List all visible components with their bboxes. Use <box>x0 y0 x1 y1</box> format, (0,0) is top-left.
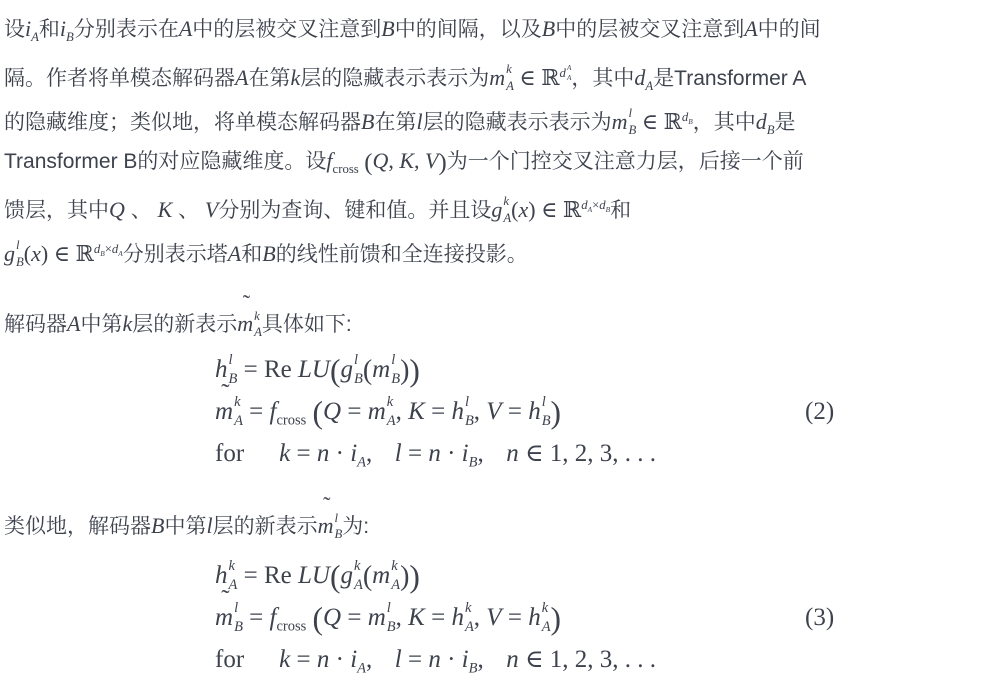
math-var: l <box>334 511 338 525</box>
paren-big: ( <box>313 601 324 636</box>
math-supsub: kA <box>505 61 514 94</box>
math-var: A <box>234 413 243 429</box>
math-roman: = <box>290 440 317 467</box>
math-roman: = <box>237 562 264 589</box>
paren-big: ) <box>409 353 420 388</box>
math-roman: ∈ <box>48 241 75 266</box>
math-sub: A <box>503 210 511 227</box>
math-var: k <box>465 600 471 616</box>
text-run: 具体如下: <box>262 313 352 336</box>
math-var: h <box>451 604 464 631</box>
math-blackboard: ℝ <box>563 198 581 223</box>
math-var: A <box>254 325 262 339</box>
math-var: k <box>234 394 240 410</box>
math-roman: Re <box>264 356 298 383</box>
math-var: A <box>744 16 757 41</box>
math-sup: k <box>391 557 400 576</box>
math-var: h <box>215 356 228 383</box>
math-var: l <box>387 600 391 616</box>
math-roman: = <box>243 398 270 425</box>
math-roman: , <box>388 148 399 173</box>
math-sub: A <box>506 78 514 95</box>
math-var: B <box>381 16 394 41</box>
math-roman: = <box>502 604 529 631</box>
math-var: B <box>387 619 396 635</box>
math-roman: = <box>243 604 270 631</box>
math-roman: , <box>396 604 409 631</box>
math-var: n <box>506 440 519 467</box>
math-var: B <box>262 241 275 266</box>
math-sup: l <box>465 393 474 412</box>
text-run: ，其中 <box>693 111 756 134</box>
math-blackboard: ℝ <box>76 242 94 267</box>
math-sub: cross <box>276 619 306 635</box>
math-roman: · <box>329 440 350 467</box>
paren: ( <box>363 355 372 386</box>
math-supsub: lB <box>353 351 363 389</box>
math-roman: for <box>215 646 244 673</box>
math-roman: , <box>414 148 425 173</box>
math-supsub: lB <box>541 393 551 431</box>
math-supsub: kA <box>464 599 474 637</box>
text-line-1: 设iA和iB分别表示在A中的层被交叉注意到B中的间隔，以及B中的层被交叉注意到A… <box>4 7 994 51</box>
math-roman: , <box>474 604 487 631</box>
equation-3: hkA = Re LU(gkA(mkA)) ˜mlB = fcross (Q =… <box>215 555 994 681</box>
equation-2-number: (2) <box>805 391 834 433</box>
math-sup: dA×dB <box>581 197 610 212</box>
text-line-6: glB(x) ∈ ℝdB×dA分别表示塔A和B的线性前馈和全连接投影。 <box>4 227 994 271</box>
math-var: B <box>16 255 24 269</box>
text-run: 层的隐藏表示表示为 <box>423 111 612 134</box>
math-var: l <box>395 646 402 673</box>
math-var: k <box>503 194 509 208</box>
math-sub: B <box>387 618 396 637</box>
text-run: 解码器 <box>4 313 67 336</box>
math-var: V <box>486 604 501 631</box>
math-var: A <box>465 619 474 635</box>
math-sup: l <box>387 599 396 618</box>
math-roman: ∈ <box>519 646 550 673</box>
math-roman: ∈ <box>536 197 563 222</box>
math-sup: l <box>542 393 551 412</box>
paragraph-eq2-lead: 解码器A中第k层的新表示˜mkA具体如下: <box>4 301 994 347</box>
math-supsub: kA <box>353 557 363 595</box>
math-sub: cross <box>276 413 306 429</box>
math-var: l <box>391 352 395 368</box>
math-var: V <box>205 197 218 222</box>
text-run: 层的隐藏表示表示为 <box>300 67 489 90</box>
math-var: h <box>528 604 541 631</box>
math-supsub: lB <box>627 105 636 138</box>
math-supsub: lB <box>390 351 400 389</box>
math-roman: cross <box>333 162 359 176</box>
math-sup: dB <box>682 109 693 124</box>
math-blackboard: ℝ <box>664 110 682 135</box>
math-var: B <box>767 123 775 137</box>
math-var: i <box>462 646 469 673</box>
paren-big: ( <box>330 559 341 594</box>
math-var: l <box>354 352 358 368</box>
math-sup: l <box>16 237 24 254</box>
math-blackboard: ℝ <box>541 66 559 91</box>
text-run: 的线性前馈和全连接投影。 <box>276 243 528 266</box>
math-var: k <box>542 600 548 616</box>
math-roman: = <box>290 646 317 673</box>
paren-big: ) <box>551 601 562 636</box>
math-sup: k <box>387 393 396 412</box>
text-run: 分别表示塔 <box>123 243 228 266</box>
math-var: g <box>4 241 15 266</box>
math-sub: A <box>391 576 400 595</box>
math-sub: B <box>66 29 74 44</box>
math-var: m <box>489 65 505 90</box>
math-roman: ) <box>528 197 535 222</box>
math-tilde-accent: ˜m <box>215 597 233 639</box>
math-roman: ( <box>511 197 518 222</box>
math-roman: = <box>341 604 368 631</box>
eq2-line-3: fork = n · iA,l = n · iB,n ∈ 1, 2, 3, . … <box>215 433 994 475</box>
math-roman: = <box>425 398 452 425</box>
math-var: h <box>528 398 541 425</box>
math-var: A <box>228 241 241 266</box>
math-sub: A <box>254 324 262 341</box>
math-var: A <box>235 65 248 90</box>
math-var: k <box>254 309 260 323</box>
math-var: k <box>506 62 512 76</box>
math-var: n <box>317 440 330 467</box>
math-sub: cross <box>333 161 359 176</box>
text-run: 、 <box>125 199 158 222</box>
math-roman: , <box>474 398 487 425</box>
paren: ) <box>439 149 447 176</box>
eq3-line-3: fork = n · iA,l = n · iB,n ∈ 1, 2, 3, . … <box>215 639 994 681</box>
math-var: d <box>634 65 645 90</box>
math-var: m <box>372 562 390 589</box>
math-var: A <box>179 16 192 41</box>
paren-big: ) <box>551 395 562 430</box>
math-roman: 1, 2, 3, . . . <box>550 440 656 467</box>
text-run: 隔。作者将单模态解码器 <box>4 67 235 90</box>
math-roman: = <box>425 604 452 631</box>
text-run: 和 <box>241 243 262 266</box>
text-run: 中的层被交叉注意到 <box>192 18 381 41</box>
math-sub: A <box>357 455 366 471</box>
text-line-4: Transformer B的对应隐藏维度。设fcross (Q, K, V)为一… <box>4 139 994 183</box>
math-supsub: kA <box>386 393 396 431</box>
math-var: Q <box>323 398 341 425</box>
math-sup: k <box>354 557 363 576</box>
math-var: A <box>31 30 39 44</box>
math-roman: = <box>237 356 264 383</box>
text-line-3: 的隐藏维度；类似地，将单模态解码器B在第l层的隐藏表示表示为mlB ∈ ℝdB，… <box>4 95 994 139</box>
math-var: A <box>391 577 400 593</box>
math-sub: B <box>391 370 400 389</box>
tilde-icon: ˜ <box>221 381 229 406</box>
math-supsub: kA <box>390 557 400 595</box>
tilde-icon: ˜ <box>323 494 330 516</box>
math-roman: cross <box>276 413 306 429</box>
math-var: A <box>357 455 366 471</box>
math-sub: B <box>542 412 551 431</box>
math-var: k <box>122 311 132 336</box>
math-roman: ∈ <box>519 440 550 467</box>
paren-big: ( <box>313 395 324 430</box>
math-var: A <box>354 577 363 593</box>
math-var: A <box>503 211 511 225</box>
math-var: x <box>519 197 529 222</box>
math-supsub: lB <box>464 393 474 431</box>
math-roman: , <box>396 398 409 425</box>
text-run: 中第 <box>164 515 206 538</box>
math-var: l <box>229 352 233 368</box>
math-var: n <box>428 646 441 673</box>
math-sup: dB×dA <box>94 241 123 256</box>
math-var: K <box>408 398 425 425</box>
math-roman: ∈ <box>636 109 663 134</box>
math-var: LU <box>298 356 330 383</box>
math-sub: A <box>465 618 474 637</box>
math-var: g <box>491 197 502 222</box>
math-roman: 1, 2, 3, . . . <box>550 646 656 673</box>
math-sup: k <box>234 393 243 412</box>
text-run: 为一个门控交叉注意力层，后接一个前 <box>447 150 804 173</box>
math-roman: = <box>502 398 529 425</box>
eq3-lead-line: 类似地，解码器B中第l层的新表示˜mlB为: <box>4 503 994 549</box>
text-run: ，其中 <box>571 67 634 90</box>
math-var: h <box>215 562 228 589</box>
text-run: 和 <box>610 199 631 222</box>
math-var: m <box>372 356 390 383</box>
math-var: k <box>354 558 360 574</box>
text-run: 、 <box>172 199 205 222</box>
math-var: Q <box>323 604 341 631</box>
math-var: l <box>16 238 20 252</box>
math-sub: B <box>767 122 775 137</box>
eq3-line-2: ˜mlB = fcross (Q = mlB, K = hkA, V = hkA… <box>215 597 994 639</box>
tilde-icon: ˜ <box>221 587 229 612</box>
math-var: A <box>67 311 80 336</box>
math-var: k <box>387 394 393 410</box>
eq2-lead-line: 解码器A中第k层的新表示˜mkA具体如下: <box>4 301 994 347</box>
text-run: 和 <box>39 18 60 41</box>
equation-3-number: (3) <box>805 597 834 639</box>
text-run: 类似地，解码器 <box>4 515 151 538</box>
math-supsub: kA <box>541 599 551 637</box>
math-roman: = <box>402 440 429 467</box>
math-sup: k <box>506 61 514 78</box>
text-run: 为: <box>342 515 369 538</box>
math-var: K <box>158 197 173 222</box>
math-supsub: lB <box>333 510 342 543</box>
math-var: h <box>451 398 464 425</box>
text-run: Transformer B的对应隐藏维度。设 <box>4 150 326 173</box>
text-run: 是 <box>775 111 796 134</box>
math-roman: = <box>402 646 429 673</box>
equation-2: hlB = Re LU(glB(mlB)) ˜mkA = fcross (Q =… <box>215 349 994 475</box>
math-roman: for <box>215 440 244 467</box>
eq3-line-1: hkA = Re LU(gkA(mkA)) <box>215 555 994 597</box>
math-var: B <box>66 30 74 44</box>
text-line-2: 隔。作者将单模态解码器A在第k层的隐藏表示表示为mkA ∈ ℝdAA，其中dA是… <box>4 51 994 95</box>
math-var: i <box>462 440 469 467</box>
math-roman: = <box>341 398 368 425</box>
paragraph-intro: 设iA和iB分别表示在A中的层被交叉注意到B中的间隔，以及B中的层被交叉注意到A… <box>4 7 994 271</box>
math-var: k <box>391 558 397 574</box>
math-var: B <box>234 619 243 635</box>
math-sub: B <box>16 254 24 271</box>
math-var: l <box>628 106 632 120</box>
text-run: 层的新表示 <box>132 313 237 336</box>
math-roman: Re <box>264 562 298 589</box>
math-supsub: kA <box>502 193 511 226</box>
math-var: K <box>399 148 414 173</box>
math-var: B <box>542 413 551 429</box>
math-var: g <box>340 356 353 383</box>
math-roman: · <box>441 440 462 467</box>
math-var: d <box>756 109 767 134</box>
math-tilde-accent: ˜m <box>318 503 334 549</box>
text-run: 分别表示在 <box>74 18 179 41</box>
paren: ) <box>400 355 409 386</box>
math-roman: · <box>329 646 350 673</box>
math-sub: A <box>234 412 243 431</box>
math-var: x <box>31 241 41 266</box>
text-run: 是Transformer A <box>653 67 806 90</box>
text-run: 中的间隔，以及 <box>395 18 542 41</box>
math-supsub: lB <box>15 237 24 270</box>
math-var: B <box>354 371 363 387</box>
math-sub: A <box>542 618 551 637</box>
math-tilde-accent: ˜m <box>237 301 253 347</box>
math-supsub: kA <box>253 308 262 341</box>
text-run: 中的层被交叉注意到 <box>555 18 744 41</box>
math-sub: A <box>387 412 396 431</box>
math-supsub: lB <box>386 599 396 637</box>
paragraph-eq3-lead: 类似地，解码器B中第l层的新表示˜mlB为: <box>4 503 994 549</box>
math-roman: , <box>477 646 483 673</box>
math-roman: , <box>366 646 372 673</box>
math-sub: B <box>465 412 474 431</box>
text-run: 馈层，其中 <box>4 199 109 222</box>
tilde-icon: ˜ <box>243 292 250 314</box>
math-sup: k <box>254 308 262 325</box>
paren-big: ( <box>330 353 341 388</box>
math-sub: A <box>354 576 363 595</box>
math-var: B <box>361 109 374 134</box>
math-var: k <box>279 440 290 467</box>
math-var: LU <box>298 562 330 589</box>
math-var: A <box>387 413 396 429</box>
math-var: m <box>368 398 386 425</box>
math-var: B <box>465 413 474 429</box>
math-var: l <box>465 394 469 410</box>
math-sup: k <box>503 193 511 210</box>
math-sub: B <box>354 370 363 389</box>
math-var: B <box>391 371 400 387</box>
math-sup: dAA <box>560 65 572 80</box>
math-var: B <box>151 513 164 538</box>
math-var: l <box>395 440 402 467</box>
math-var: V <box>425 148 438 173</box>
math-var: k <box>229 558 235 574</box>
paren: ) <box>400 561 409 592</box>
math-var: l <box>542 394 546 410</box>
math-var: m <box>612 109 628 134</box>
math-var: n <box>317 646 330 673</box>
math-var: n <box>428 440 441 467</box>
math-var: k <box>290 65 300 90</box>
math-var: A <box>357 661 366 677</box>
math-sup: l <box>391 351 400 370</box>
text-line-5: 馈层，其中Q 、 K 、 V分别为查询、键和值。并且设gkA(x) ∈ ℝdA×… <box>4 183 994 227</box>
math-supsub: kA <box>233 393 243 431</box>
math-roman: · <box>441 646 462 673</box>
math-tilde-accent: ˜m <box>215 391 233 433</box>
text-run: 中的间 <box>758 18 821 41</box>
text-run: 在第 <box>374 111 416 134</box>
math-var: Q <box>372 148 388 173</box>
text-run: 的隐藏维度；类似地，将单模态解码器 <box>4 111 361 134</box>
math-sup: l <box>234 599 243 618</box>
math-var: A <box>506 79 514 93</box>
math-sup: k <box>542 599 551 618</box>
math-var: g <box>340 562 353 589</box>
math-sub: A <box>31 29 39 44</box>
math-roman: , <box>366 440 372 467</box>
math-var: n <box>506 646 519 673</box>
math-var: Q <box>109 197 125 222</box>
math-sub: A <box>357 661 366 677</box>
math-var: B <box>542 16 555 41</box>
math-roman: cross <box>276 619 306 635</box>
math-roman: , <box>477 440 483 467</box>
math-supsub: lB <box>233 599 243 637</box>
math-var: K <box>408 604 425 631</box>
text-run: 层的新表示 <box>213 515 318 538</box>
math-roman: ∈ <box>514 65 541 90</box>
document: 设iA和iB分别表示在A中的层被交叉注意到B中的间隔，以及B中的层被交叉注意到A… <box>0 0 994 681</box>
math-roman: × <box>105 242 112 256</box>
text-run: 在第 <box>248 67 290 90</box>
math-sub: B <box>234 618 243 637</box>
math-var: k <box>279 646 290 673</box>
paren: ( <box>363 561 372 592</box>
paren-big: ) <box>409 559 420 594</box>
math-var: V <box>486 398 501 425</box>
math-var: l <box>234 600 238 616</box>
math-var: A <box>542 619 551 635</box>
text-run: 分别为查询、键和值。并且设 <box>218 199 491 222</box>
eq2-line-1: hlB = Re LU(glB(mlB)) <box>215 349 994 391</box>
text-run: 设 <box>4 18 25 41</box>
eq2-line-2: ˜mkA = fcross (Q = mkA, K = hlB, V = hlB… <box>215 391 994 433</box>
text-run: 中第 <box>80 313 122 336</box>
math-sup: k <box>465 599 474 618</box>
math-var: m <box>368 604 386 631</box>
math-sup: l <box>354 351 363 370</box>
